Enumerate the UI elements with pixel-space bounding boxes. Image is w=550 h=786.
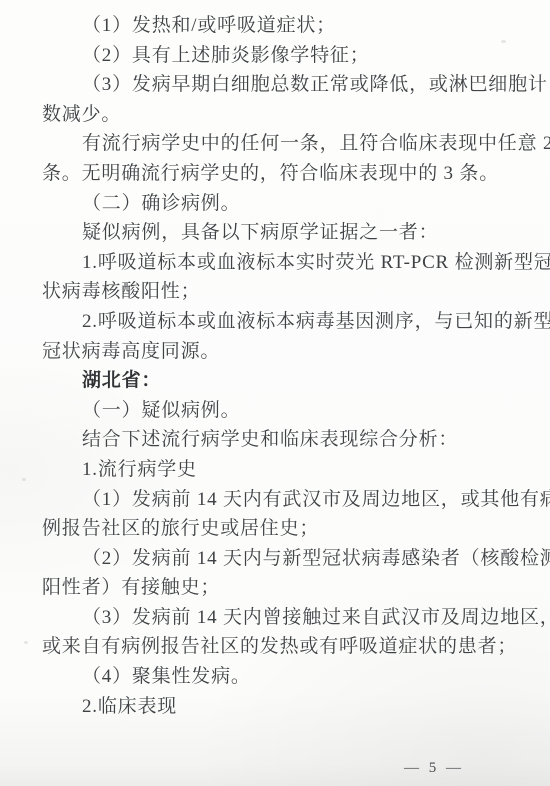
text-line: 有流行病学史中的任何一条，且符合临床表现中任意 2 bbox=[42, 129, 506, 159]
text-line: 疑似病例，具备以下病原学证据之一者： bbox=[42, 218, 506, 248]
text-line: 状病毒核酸阳性； bbox=[42, 277, 506, 307]
page-number: — 5 — bbox=[404, 760, 464, 777]
text-line: 或来自有病例报告社区的发热或有呼吸道症状的患者； bbox=[42, 632, 506, 662]
text-line: 例报告社区的旅行史或居住史； bbox=[42, 514, 506, 544]
text-line: 湖北省： bbox=[42, 366, 506, 396]
text-line: （2）发病前 14 天内与新型冠状病毒感染者（核酸检测 bbox=[42, 544, 506, 574]
text-line: 数减少。 bbox=[42, 100, 506, 130]
text-line: （2）具有上述肺炎影像学特征； bbox=[42, 41, 506, 71]
scan-speckle bbox=[501, 40, 506, 43]
text-line: 结合下述流行病学史和临床表现综合分析： bbox=[42, 425, 506, 455]
text-line: （3）发病早期白细胞总数正常或降低，或淋巴细胞计 bbox=[42, 70, 506, 100]
scanned-document-page: （1）发热和/或呼吸道症状；（2）具有上述肺炎影像学特征；（3）发病早期白细胞总… bbox=[0, 0, 550, 786]
text-line: （1）发热和/或呼吸道症状； bbox=[42, 11, 506, 41]
text-line: 阳性者）有接触史； bbox=[42, 573, 506, 603]
scan-speckle bbox=[22, 478, 26, 481]
text-line: （二）确诊病例。 bbox=[42, 189, 506, 219]
text-line: （1）发病前 14 天内有武汉市及周边地区，或其他有病 bbox=[42, 485, 506, 515]
scan-speckle bbox=[24, 641, 28, 644]
text-line: 1.呼吸道标本或血液标本实时荧光 RT-PCR 检测新型冠 bbox=[42, 248, 506, 278]
text-line: （3）发病前 14 天内曾接触过来自武汉市及周边地区， bbox=[42, 603, 506, 633]
document-body: （1）发热和/或呼吸道症状；（2）具有上述肺炎影像学特征；（3）发病早期白细胞总… bbox=[42, 11, 506, 721]
text-line: （一）疑似病例。 bbox=[42, 396, 506, 426]
text-line: 条。无明确流行病学史的，符合临床表现中的 3 条。 bbox=[42, 159, 506, 189]
text-line: 2.呼吸道标本或血液标本病毒基因测序，与已知的新型 bbox=[42, 307, 506, 337]
text-line: （4）聚集性发病。 bbox=[42, 662, 506, 692]
text-line: 2.临床表现 bbox=[42, 692, 506, 722]
text-line: 1.流行病学史 bbox=[42, 455, 506, 485]
text-line: 冠状病毒高度同源。 bbox=[42, 337, 506, 367]
